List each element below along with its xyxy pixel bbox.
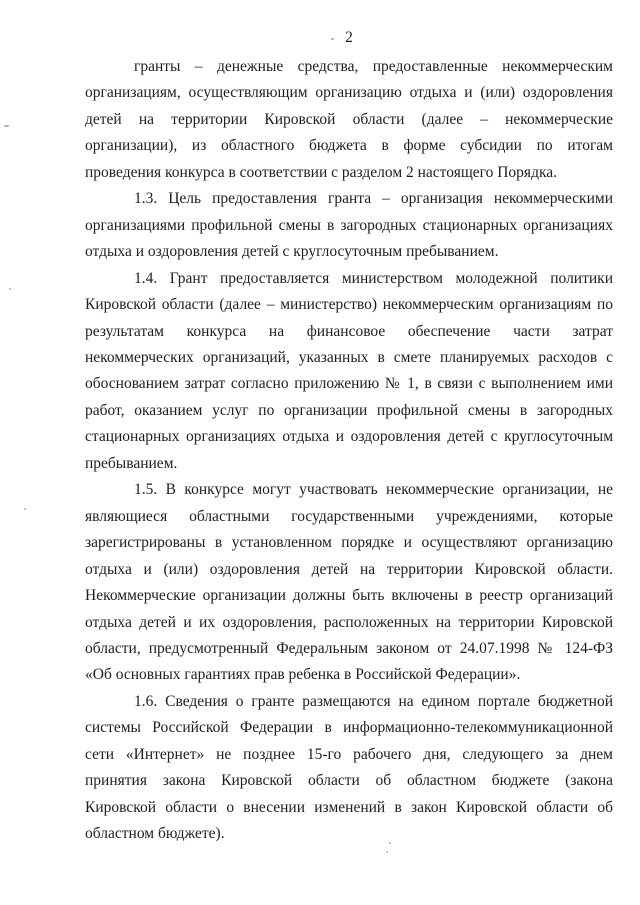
text-line: Некоммерческие организации должны быть в… (85, 583, 613, 609)
paragraph-1-3: 1.3. Цель предоставления гранта – органи… (85, 186, 613, 265)
text-line: отдыха детей и их оздоровления, располож… (85, 610, 613, 636)
text-line: являющиеся областными государственными у… (85, 504, 613, 530)
text-line: проведения конкурса в соответствии с раз… (85, 160, 613, 186)
text-line: некоммерческих организаций, указанных в … (85, 345, 613, 371)
text-line: пребыванием. (85, 451, 613, 477)
paragraph-intro-grants: гранты – денежные средства, предоставлен… (85, 54, 613, 186)
text-line: организации), из областного бюджета в фо… (85, 133, 613, 159)
document-page: 2 гранты – денежные средства, предоставл… (0, 0, 640, 905)
paragraph-1-4: 1.4. Грант предоставляется министерством… (85, 266, 613, 478)
text-line: области, предусмотренный Федеральным зак… (85, 636, 613, 662)
text-line: гранты – денежные средства, предоставлен… (85, 54, 613, 80)
scan-speck (386, 851, 388, 853)
scan-speck (331, 38, 334, 40)
text-line: Кировской области (далее – министерство)… (85, 292, 613, 318)
paragraph-1-6: 1.6. Сведения о гранте размещаются на ед… (85, 689, 613, 848)
text-line: зарегистрированы в установленном порядке… (85, 530, 613, 556)
text-line: организациям, осуществляющим организацию… (85, 80, 613, 106)
text-line: работ, оказанием услуг по организации пр… (85, 398, 613, 424)
paragraph-1-5: 1.5. В конкурсе могут участвовать некомм… (85, 477, 613, 689)
text-line: 1.3. Цель предоставления гранта – органи… (85, 186, 613, 212)
page-number: 2 (85, 30, 613, 46)
text-line: Кировской области о внесении изменений в… (85, 795, 613, 821)
text-line: сети «Интернет» не позднее 15-го рабочег… (85, 742, 613, 768)
text-line: детей на территории Кировской области (д… (85, 107, 613, 133)
text-line: результатам конкурса на финансовое обесп… (85, 319, 613, 345)
text-line: стационарных организациях отдыха и оздор… (85, 424, 613, 450)
text-line: областном бюджете). (85, 821, 613, 847)
text-line: 1.6. Сведения о гранте размещаются на ед… (85, 689, 613, 715)
scan-speck (4, 125, 9, 127)
text-line: системы Российской Федерации в информаци… (85, 715, 613, 741)
scan-speck (389, 842, 391, 844)
text-line: отдыха и оздоровления детей с круглосуто… (85, 239, 613, 265)
text-line: отдыха и (или) оздоровления детей на тер… (85, 557, 613, 583)
scan-speck (9, 288, 11, 290)
text-line: 1.4. Грант предоставляется министерством… (85, 266, 613, 292)
text-line: принятия закона Кировской области об обл… (85, 768, 613, 794)
text-line: обоснованием затрат согласно приложению … (85, 371, 613, 397)
text-line: организациями профильной смены в загород… (85, 213, 613, 239)
scan-speck (24, 508, 26, 510)
text-line: 1.5. В конкурсе могут участвовать некомм… (85, 477, 613, 503)
document-body: гранты – денежные средства, предоставлен… (85, 54, 613, 848)
text-line: «Об основных гарантиях прав ребенка в Ро… (85, 662, 613, 688)
